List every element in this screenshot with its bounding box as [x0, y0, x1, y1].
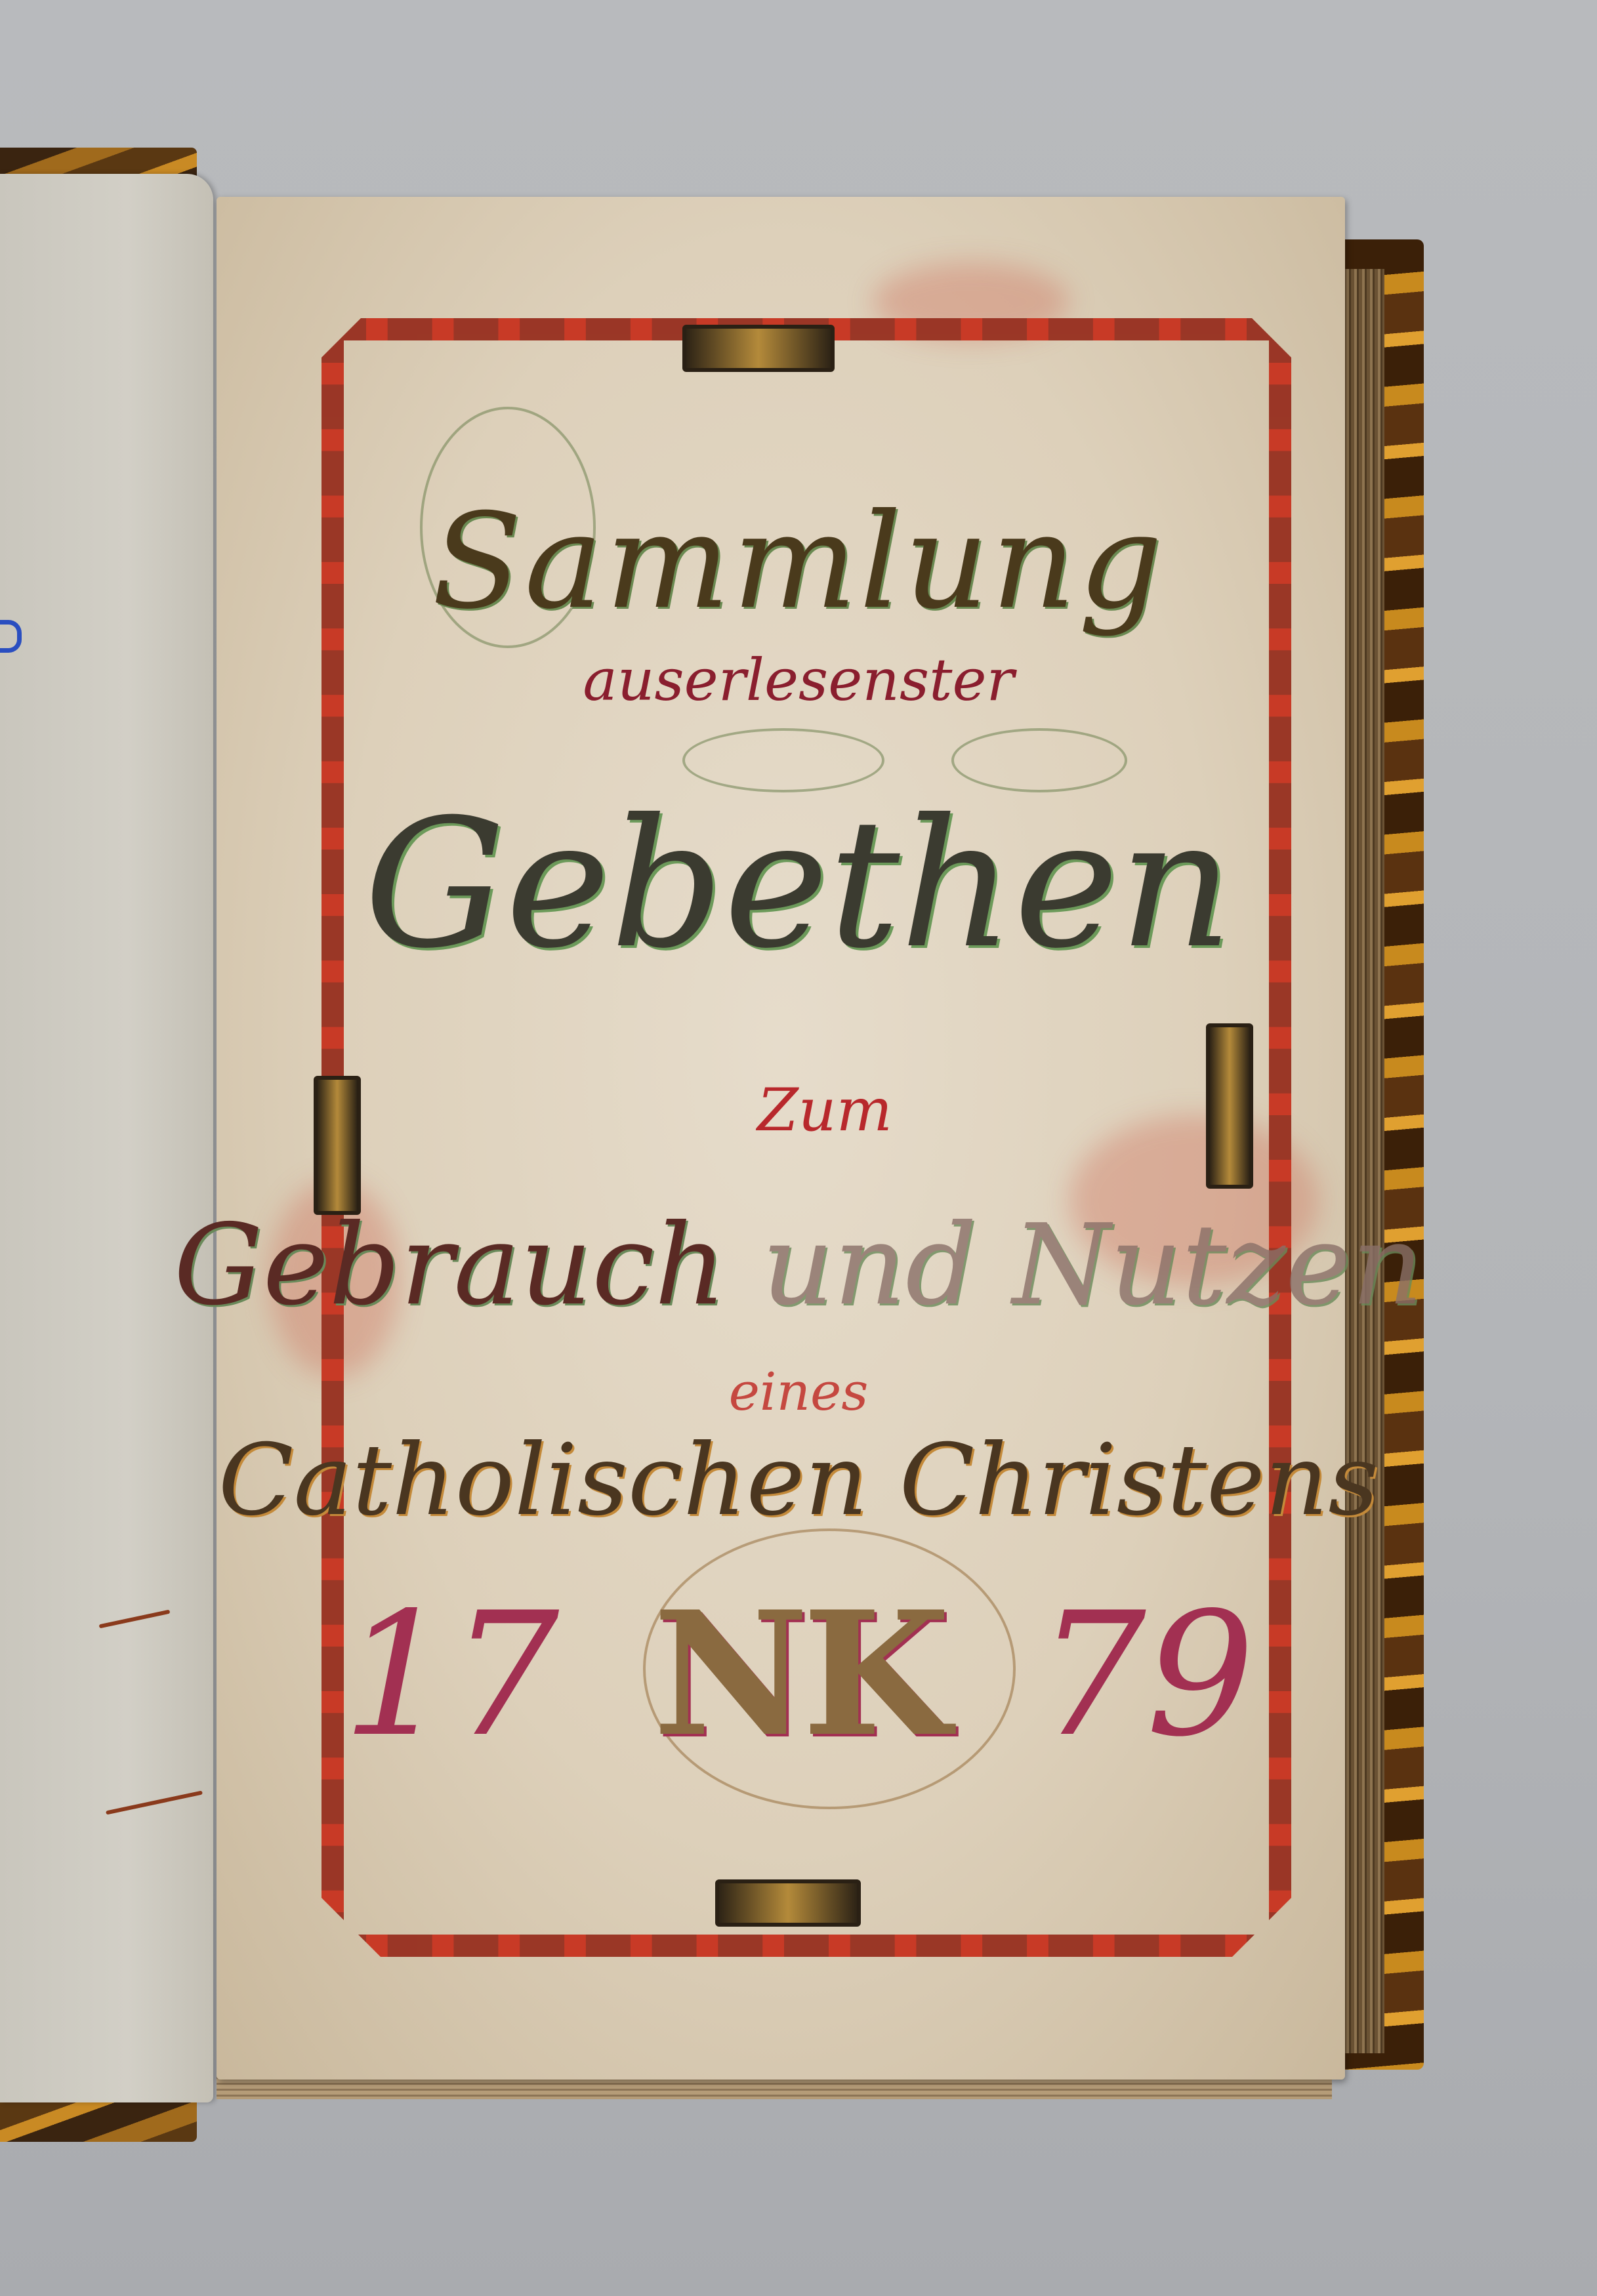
title-line-auserlesenster: auserlesenster	[0, 646, 1597, 714]
year-right: 79	[1037, 1576, 1255, 1774]
ink-stroke	[106, 1790, 203, 1814]
title-line-eines: eines	[0, 1361, 1597, 1422]
title-line-gebethen: Gebethen	[0, 781, 1597, 987]
title-line-zum: Zum	[0, 1076, 1597, 1145]
frame-clasp-top	[682, 325, 835, 372]
date-monogram-line: 17 NK 79	[0, 1574, 1597, 1774]
words-und-nutzen: und Nutzen	[762, 1200, 1423, 1330]
word-gebrauch: Gebrauch	[174, 1200, 726, 1330]
title-line-sammlung: Sammlung	[0, 485, 1597, 638]
year-left: 17	[342, 1576, 560, 1774]
monogram-nk: NK	[653, 1574, 944, 1774]
title-line-catholischen-christens: Catholischen Christens	[0, 1424, 1597, 1538]
title-line-gebrauch: Gebrauch und Nutzen	[0, 1200, 1597, 1330]
frame-clasp-bottom	[715, 1879, 861, 1927]
